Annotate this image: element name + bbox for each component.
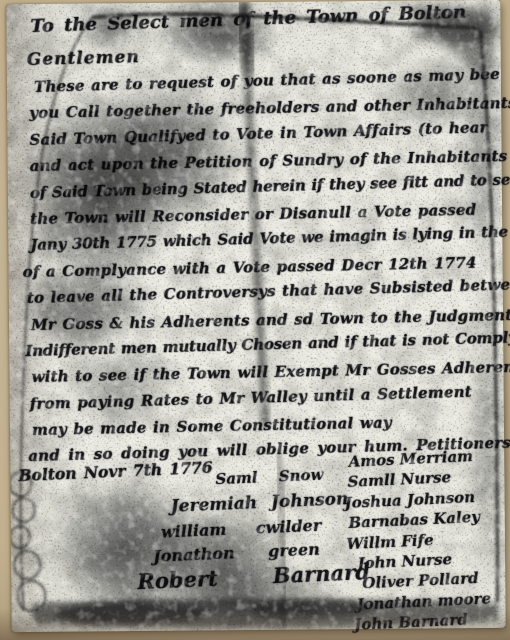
signature: Robert Barnard — [137, 559, 370, 594]
signature: Jeremiah Johnson — [170, 489, 348, 517]
signature: william cwilder — [161, 516, 322, 542]
petition-body: These are to request of you that as soon… — [29, 70, 498, 470]
signature-column-right: Amos MerriamSamll NurseJoshua JohnsonBar… — [340, 445, 492, 635]
greeting-line: Gentlemen — [26, 47, 139, 70]
fold-crease-lower — [278, 452, 284, 630]
left-edge-loop-doodles — [9, 472, 45, 611]
bottom-smudge-left — [56, 601, 206, 624]
salutation-line: To the Select men of the Town of Bolton — [30, 2, 466, 37]
signature: Jonathon green — [153, 540, 320, 566]
signature: Saml Snow — [215, 466, 324, 489]
ink-stain-bottom-center-left — [151, 502, 292, 623]
ink-stain-bottom-center — [161, 561, 342, 627]
manuscript-page: To the Select men of the Town of Bolton … — [6, 0, 505, 632]
photograph-of-manuscript: To the Select men of the Town of Bolton … — [0, 0, 510, 640]
ink-stain-bottom-left — [48, 474, 209, 625]
